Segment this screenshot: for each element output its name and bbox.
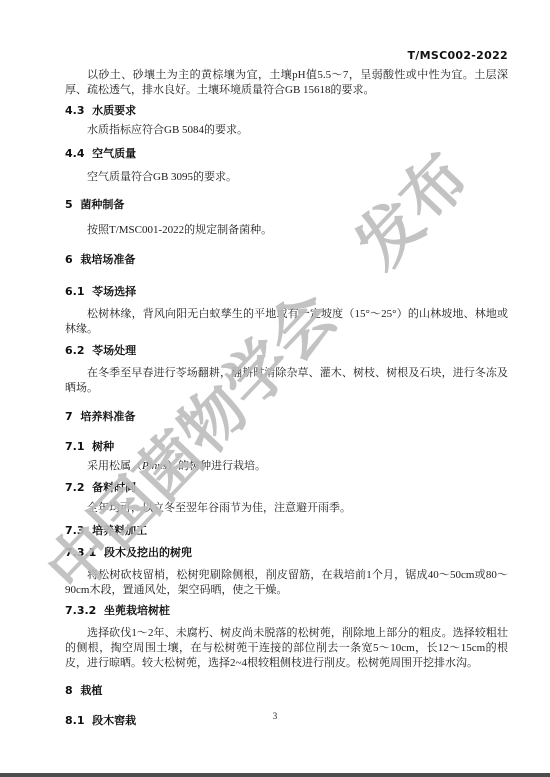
heading-4-4-air-quality: 4.4 空气质量 xyxy=(65,147,508,160)
paragraph-water-quality: 水质指标应符合GB 5084的要求。 xyxy=(65,123,508,138)
heading-7-1-tree-species: 7.1 树种 xyxy=(65,440,508,453)
heading-5-spawn-preparation: 5 菌种制备 xyxy=(65,198,508,211)
paragraph-material-timing: 全年均可，以立冬至翌年谷雨节为佳，注意避开雨季。 xyxy=(65,501,508,516)
heading-6-site-preparation: 6 栽培场准备 xyxy=(65,253,508,266)
document-page: 中国菌物学会 发布 T/MSC002-2022 以砂土、砂壤土为主的黄棕壤为宜，… xyxy=(0,0,550,777)
page-content: T/MSC002-2022 以砂土、砂壤土为主的黄棕壤为宜，土壤pH值5.5～7… xyxy=(0,0,550,727)
heading-7-3-1-logs-and-stumps: 7.3.1 段木及挖出的树兜 xyxy=(65,546,508,559)
paragraph-logs-and-stumps: 将松树砍枝留梢，松树兜刷除侧根，削皮留筋，在栽培前1个月，锯成40～50cm或8… xyxy=(65,568,508,598)
heading-6-1-site-selection: 6.1 苓场选择 xyxy=(65,285,508,298)
paragraph-site-treatment: 在冬季至早春进行苓场翻耕，翻耕时清除杂草、灌木、树枝、树根及石块，进行冬冻及晒场… xyxy=(65,366,508,396)
paragraph-site-selection: 松树林缘，背风向阳无白蚁孳生的平地或有一定坡度（15°～25°）的山林坡地、林地… xyxy=(65,307,508,337)
heading-6-2-site-treatment: 6.2 苓场处理 xyxy=(65,344,508,357)
paragraph-soil-requirements: 以砂土、砂壤土为主的黄棕壤为宜，土壤pH值5.5～7，呈弱酸性或中性为宜。土层深… xyxy=(65,68,508,98)
paragraph-tree-species: 采用松属（Pinus）的树种进行栽培。 xyxy=(65,459,508,474)
doc-code: T/MSC002-2022 xyxy=(65,50,508,62)
heading-7-3-2-stump-cultivation: 7.3.2 坐蔸栽培树桩 xyxy=(65,604,508,617)
heading-7-2-material-timing: 7.2 备料时间 xyxy=(65,481,508,494)
paragraph-stump-cultivation: 选择砍伐1～2年、未腐朽、树皮尚未脱落的松树蔸，削除地上部分的粗皮。选择较粗壮的… xyxy=(65,626,508,671)
tree-species-suffix: ）的树种进行栽培。 xyxy=(167,460,266,472)
paragraph-spawn-preparation: 按照T/MSC001-2022的规定制备菌种。 xyxy=(65,223,508,238)
heading-8-planting: 8 栽植 xyxy=(65,684,508,697)
page-number: 3 xyxy=(0,711,550,721)
scan-edge-bottom xyxy=(0,773,550,777)
heading-4-3-water-quality: 4.3 水质要求 xyxy=(65,104,508,117)
tree-species-latin-name: Pinus xyxy=(142,460,167,472)
heading-7-substrate-preparation: 7 培养料准备 xyxy=(65,410,508,423)
tree-species-prefix: 采用松属（ xyxy=(87,460,142,472)
heading-7-3-substrate-processing: 7.3 培养料加工 xyxy=(65,524,508,537)
paragraph-air-quality: 空气质量符合GB 3095的要求。 xyxy=(65,170,508,185)
